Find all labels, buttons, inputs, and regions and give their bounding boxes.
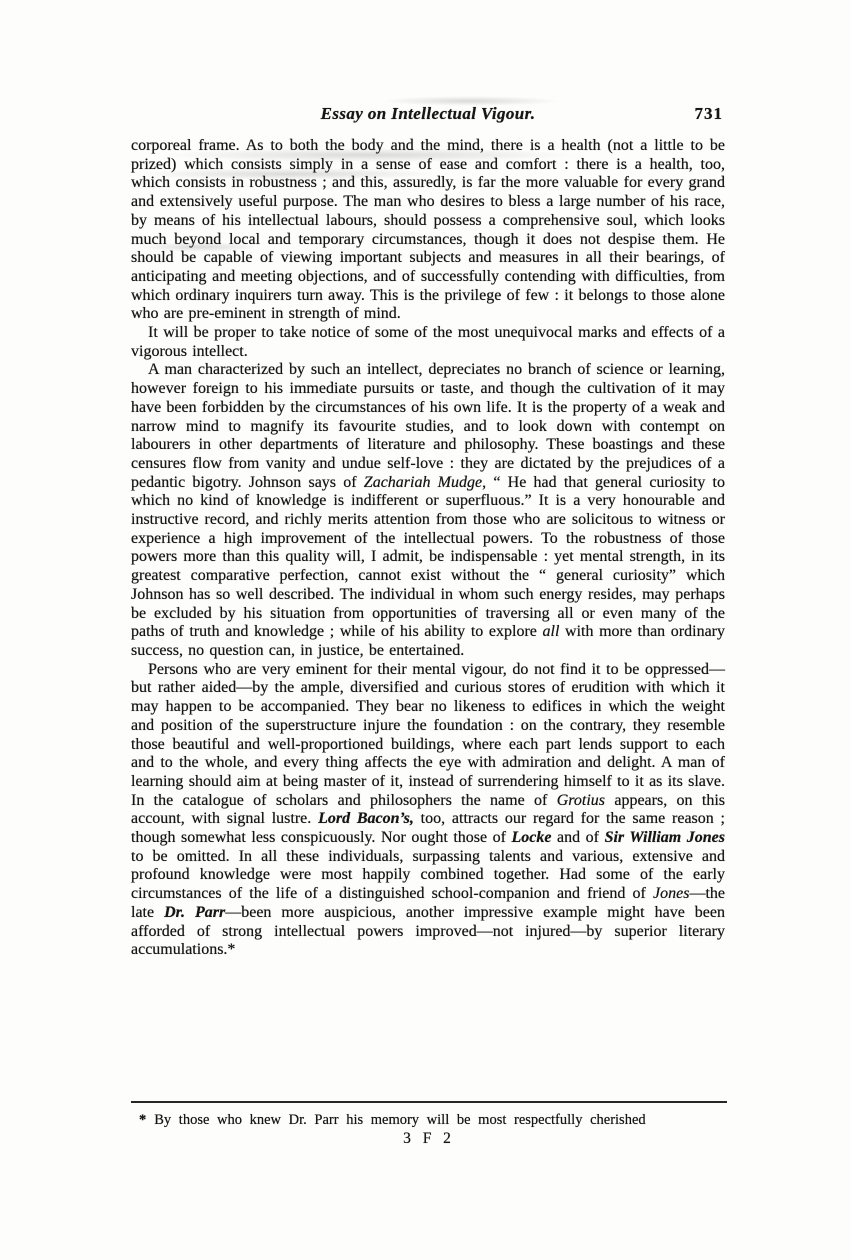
text-segment: Jones bbox=[653, 885, 689, 902]
paragraph: It will be proper to take notice of some… bbox=[131, 324, 725, 361]
text-segment: Sir William Jones bbox=[605, 829, 725, 846]
paragraph: Persons who are very eminent for their m… bbox=[131, 661, 725, 960]
press-signature: 3 F 2 bbox=[131, 1130, 727, 1148]
text-segment: all bbox=[543, 623, 560, 640]
paragraph: A man characterized by such an intellect… bbox=[131, 361, 725, 660]
text-segment: Locke bbox=[512, 829, 552, 846]
text-segment: corporeal frame. As to both the body and… bbox=[131, 137, 725, 322]
text-segment: and of bbox=[552, 829, 605, 846]
body-text: corporeal frame. As to both the body and… bbox=[131, 137, 725, 960]
scanned-book-page: Essay on Intellectual Vigour. 731 corpor… bbox=[0, 0, 851, 1260]
text-segment: Persons who are very eminent for their m… bbox=[131, 661, 725, 809]
footnote-text: By those who knew Dr. Parr his memory wi… bbox=[154, 1112, 645, 1128]
footnote: *By those who knew Dr. Parr his memory w… bbox=[131, 1111, 727, 1129]
text-segment: A man characterized by such an intellect… bbox=[131, 361, 725, 490]
footnote-marker: * bbox=[131, 1112, 154, 1128]
text-segment: It will be proper to take notice of some… bbox=[131, 324, 725, 360]
text-segment: , “ He had that general curiosity to whi… bbox=[131, 474, 725, 641]
text-segment: Zachariah Mudge bbox=[364, 474, 482, 491]
text-segment: Dr. Parr bbox=[164, 904, 225, 921]
running-head: Essay on Intellectual Vigour. 731 bbox=[131, 104, 725, 128]
running-title: Essay on Intellectual Vigour. bbox=[131, 104, 725, 124]
page-number: 731 bbox=[695, 104, 724, 124]
paragraph: corporeal frame. As to both the body and… bbox=[131, 137, 725, 324]
text-segment: Lord Bacon’s, bbox=[318, 810, 414, 827]
footnote-rule bbox=[131, 1101, 727, 1103]
text-segment: Grotius bbox=[557, 792, 605, 809]
scan-layer: Essay on Intellectual Vigour. 731 corpor… bbox=[0, 0, 851, 1260]
text-segment: to be omitted. In all these individuals,… bbox=[131, 848, 725, 902]
